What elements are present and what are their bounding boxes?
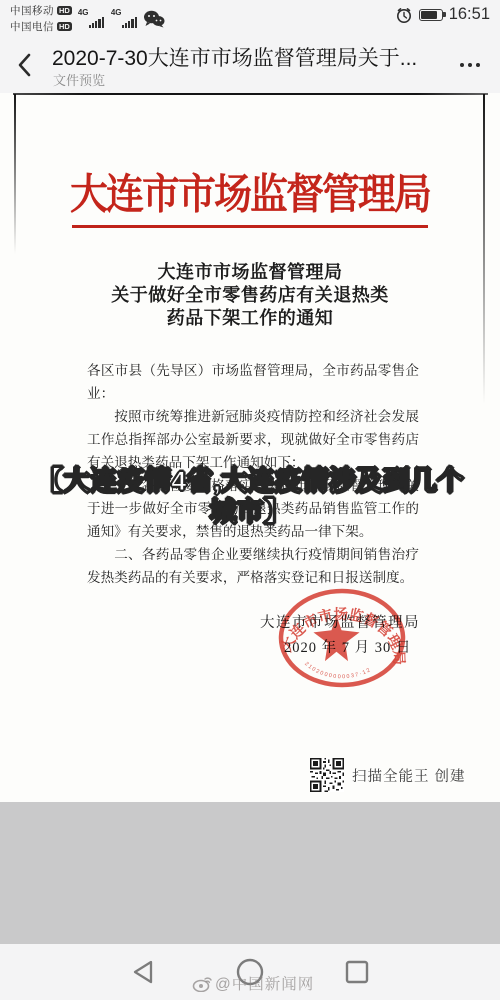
page-title: 2020-7-30大连市市场监督管理局关于... [52, 42, 442, 72]
more-options-button[interactable] [454, 55, 486, 75]
agency-letterhead: 大连市市场监督管理局 [0, 160, 500, 221]
viewer-background [0, 802, 500, 944]
official-seal: 大连市市场监督管理局 2102000000037·12 [276, 587, 408, 689]
scanner-credit: 扫描全能王 创建 [310, 758, 466, 792]
document-preview[interactable]: 大连市市场监督管理局 大连市市场监督管理局 关于做好全市零售药店有关退热类 药品… [0, 93, 500, 802]
back-triangle-icon [130, 958, 156, 986]
battery-icon [419, 9, 443, 21]
clock-time: 16:51 [449, 5, 490, 24]
phone-screen: 中国移动 HD 中国电信 HD 4G 4G [0, 0, 500, 1000]
page-subtitle: 文件预览 [53, 70, 105, 89]
scan-edge-line [483, 94, 485, 404]
salutation: 各区市县（先导区）市场监督管理局，全市药品零售企业： [87, 359, 419, 405]
carrier-name: 中国移动 [10, 3, 54, 18]
qr-caption: 扫描全能王 创建 [352, 765, 466, 786]
scan-edge-line [13, 93, 488, 95]
carrier-block: 中国移动 HD 中国电信 HD [10, 3, 72, 34]
signal-strength-icon: 4G [78, 7, 105, 31]
signal-strength-icon: 4G [111, 7, 138, 31]
letterhead-rule [72, 225, 428, 228]
recents-square-icon [343, 958, 371, 986]
overlay-headline: 【大连疫情4省,大连疫情涉及到几个城市】 [25, 466, 475, 528]
status-bar: 中国移动 HD 中国电信 HD 4G 4G [0, 0, 500, 37]
back-button[interactable] [10, 49, 38, 81]
more-dots-icon [460, 63, 464, 67]
watermark: @中国新闻网 [192, 972, 314, 994]
alarm-clock-icon [395, 6, 413, 24]
paragraph: 按照市统筹推进新冠肺炎疫情防控和经济社会发展工作总指挥部办公室最新要求，现就做好… [87, 405, 419, 474]
wechat-icon [143, 10, 165, 28]
paragraph: 二、各药品零售企业要继续执行疫情期间销售治疗发热类药品的有关要求，严格落实登记和… [87, 543, 419, 589]
nav-recents-button[interactable] [340, 956, 374, 988]
watermark-text: @中国新闻网 [215, 972, 314, 994]
nav-back-button[interactable] [126, 956, 160, 988]
hd-badge: HD [57, 6, 72, 16]
title-bar: 2020-7-30大连市市场监督管理局关于... 文件预览 [0, 37, 500, 93]
qr-code [310, 758, 344, 792]
back-chevron-icon [16, 52, 32, 78]
weibo-icon [192, 975, 212, 992]
hd-badge: HD [57, 22, 72, 32]
carrier-name: 中国电信 [10, 19, 54, 34]
document-title: 大连市市场监督管理局 关于做好全市零售药店有关退热类 药品下架工作的通知 [0, 261, 500, 330]
